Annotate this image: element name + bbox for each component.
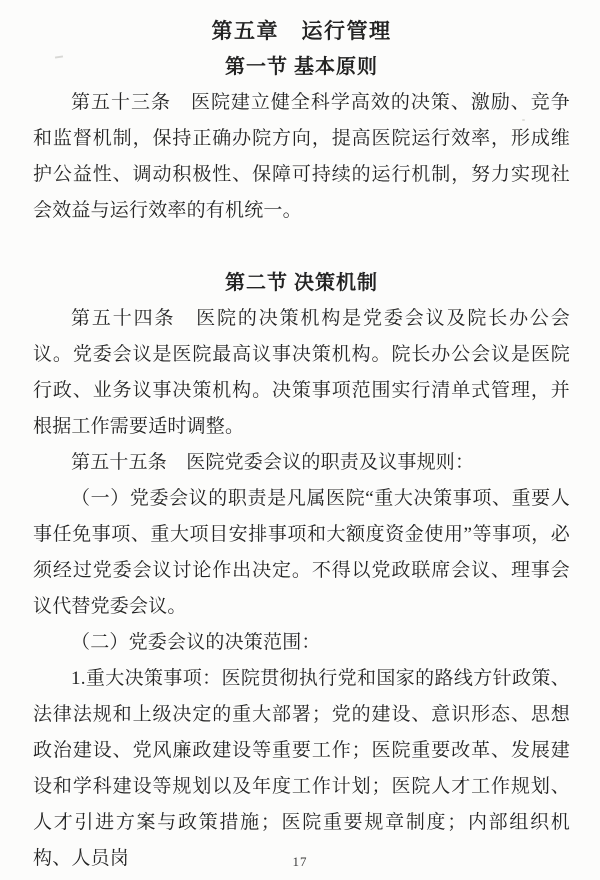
section-heading: 第二节 决策机制: [33, 265, 570, 301]
paragraph: （一）党委会议的职责是凡属医院“重大决策事项、重要人事任免事项、重大项目安排事项…: [33, 481, 570, 625]
spacer: [33, 229, 570, 265]
page-number: 17: [0, 854, 600, 870]
scanned-document-page: 第五章 运行管理第一节 基本原则第五十三条 医院建立健全科学高效的决策、激励、竞…: [0, 0, 600, 880]
paragraph: 第五十五条 医院党委会议的职责及议事规则：: [33, 445, 570, 481]
section-heading: 第一节 基本原则: [33, 49, 570, 85]
chapter-heading: 第五章 运行管理: [33, 13, 570, 49]
paragraph: 第五十三条 医院建立健全科学高效的决策、激励、竞争和监督机制，保持正确办院方向，…: [33, 85, 570, 229]
paragraph: （二）党委会议的决策范围：: [33, 625, 570, 661]
paragraph: 第五十四条 医院的决策机构是党委会议及院长办公会议。党委会议是医院最高议事决策机…: [33, 301, 570, 445]
paragraph: 1.重大决策事项：医院贯彻执行党和国家的路线方针政策、法律法规和上级决定的重大部…: [33, 661, 570, 877]
document-body: 第五章 运行管理第一节 基本原则第五十三条 医院建立健全科学高效的决策、激励、竞…: [33, 13, 570, 877]
